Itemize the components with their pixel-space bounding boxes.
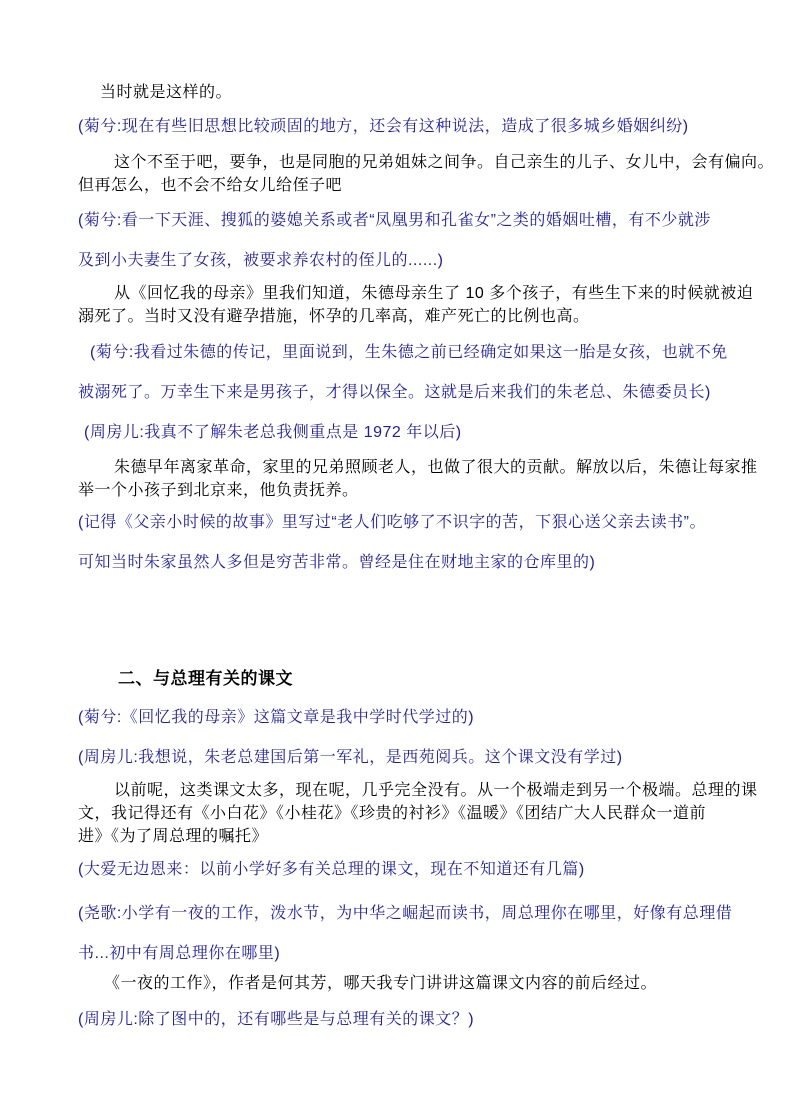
text-line: (菊兮:《回忆我的母亲》这篇文章是我中学时代学过的) bbox=[78, 698, 474, 738]
text-line: (周房儿:除了图中的，还有哪些是与总理有关的课文？) bbox=[78, 1000, 474, 1040]
text-line: 书...初中有周总理你在哪里) bbox=[78, 934, 732, 974]
document-page: 当时就是这样的。 (菊兮:现在有些旧思想比较顽固的地方，还会有这种说法，造成了很… bbox=[0, 0, 800, 1100]
comment-paragraph: (记得《父亲小时候的故事》里写过“老人们吃够了不识字的苦，下狠心送父亲去读书”。… bbox=[78, 503, 706, 583]
text-line: (菊兮:看一下天涯、搜狐的婆媳关系或者“凤凰男和孔雀女”之类的婚姻吐槽，有不少就… bbox=[78, 201, 711, 241]
text-line: 这个不至于吧，要争，也是同胞的兄弟姐妹之间争。自己亲生的儿子、女儿中，会有偏向。 bbox=[78, 151, 774, 174]
body-paragraph: 朱德早年离家革命，家里的兄弟照顾老人，也做了很大的贡献。解放以后，朱德让每家推 … bbox=[78, 456, 758, 502]
comment-paragraph: (大爱无边恩来：以前小学好多有关总理的课文，现在不知道还有几篇) bbox=[78, 850, 585, 890]
comment-paragraph: (菊兮:《回忆我的母亲》这篇文章是我中学时代学过的) bbox=[78, 698, 474, 738]
text-line: 被溺死了。万幸生下来是男孩子，才得以保全。这就是后来我们的朱老总、朱德委员长) bbox=[78, 373, 728, 413]
comment-paragraph: (周房儿:除了图中的，还有哪些是与总理有关的课文？) bbox=[78, 1000, 474, 1040]
text-line: 及到小夫妻生了女孩，被要求养农村的侄儿的......) bbox=[78, 241, 711, 281]
body-paragraph: 《一夜的工作》，作者是何其芳，哪天我专门讲讲这篇课文内容的前后经过。 bbox=[78, 972, 657, 995]
body-paragraph: 从《回忆我的母亲》里我们知道，朱德母亲生了 10 多个孩子，有些生下来的时候就被… bbox=[78, 282, 753, 328]
text-line: (周房儿:我真不了解朱老总我侧重点是 1972 年以后) bbox=[78, 413, 462, 453]
text-line: (菊兮:我看过朱德的传记，里面说到，生朱德之前已经确定如果这一胎是女孩，也就不免 bbox=[78, 333, 728, 373]
text-line: 但再怎么，也不会不给女儿给侄子吧 bbox=[78, 174, 774, 197]
body-paragraph: 以前呢，这类课文太多，现在呢，几乎完全没有。从一个极端走到另一个极端。总理的课 … bbox=[78, 779, 758, 848]
text-line: 举一个小孩子到北京来，他负责抚养。 bbox=[78, 479, 758, 502]
text-line: 以前呢，这类课文太多，现在呢，几乎完全没有。从一个极端走到另一个极端。总理的课 bbox=[78, 779, 758, 802]
section-heading: 二、与总理有关的课文 bbox=[78, 667, 293, 691]
text-line: 文，我记得还有《小白花》《小桂花》《珍贵的衬衫》《温暖》《团结广大人民群众一道前 bbox=[78, 802, 758, 825]
comment-paragraph: (周房儿:我想说，朱老总建国后第一军礼，是西苑阅兵。这个课文没有学过) bbox=[78, 738, 623, 778]
text-line: 当时就是这样的。 bbox=[78, 81, 232, 104]
comment-paragraph: (菊兮:我看过朱德的传记，里面说到，生朱德之前已经确定如果这一胎是女孩，也就不免… bbox=[78, 333, 728, 413]
comment-paragraph: (尧歌:小学有一夜的工作，泼水节，为中华之崛起而读书，周总理你在哪里，好像有总理… bbox=[78, 894, 732, 974]
comment-paragraph: (周房儿:我真不了解朱老总我侧重点是 1972 年以后) bbox=[78, 413, 462, 453]
text-line: 《一夜的工作》，作者是何其芳，哪天我专门讲讲这篇课文内容的前后经过。 bbox=[78, 972, 657, 995]
text-line: (周房儿:我想说，朱老总建国后第一军礼，是西苑阅兵。这个课文没有学过) bbox=[78, 738, 623, 778]
text-line: 进》《为了周总理的嘱托》 bbox=[78, 825, 758, 848]
text-line: (菊兮:现在有些旧思想比较顽固的地方，还会有这种说法，造成了很多城乡婚姻纠纷) bbox=[78, 107, 689, 147]
text-line: (尧歌:小学有一夜的工作，泼水节，为中华之崛起而读书，周总理你在哪里，好像有总理… bbox=[78, 894, 732, 934]
comment-paragraph: (菊兮:现在有些旧思想比较顽固的地方，还会有这种说法，造成了很多城乡婚姻纠纷) bbox=[78, 107, 689, 147]
text-line: 溺死了。当时又没有避孕措施，怀孕的几率高，难产死亡的比例也高。 bbox=[78, 305, 753, 328]
text-line: (大爱无边恩来：以前小学好多有关总理的课文，现在不知道还有几篇) bbox=[78, 850, 585, 890]
text-line: (记得《父亲小时候的故事》里写过“老人们吃够了不识字的苦，下狠心送父亲去读书”。 bbox=[78, 503, 706, 543]
text-line: 可知当时朱家虽然人多但是穷苦非常。曾经是住在财地主家的仓库里的) bbox=[78, 543, 706, 583]
text-line: 从《回忆我的母亲》里我们知道，朱德母亲生了 10 多个孩子，有些生下来的时候就被… bbox=[78, 282, 753, 305]
body-paragraph: 这个不至于吧，要争，也是同胞的兄弟姐妹之间争。自己亲生的儿子、女儿中，会有偏向。… bbox=[78, 151, 774, 197]
heading-text: 二、与总理有关的课文 bbox=[78, 667, 293, 691]
text-line: 朱德早年离家革命，家里的兄弟照顾老人，也做了很大的贡献。解放以后，朱德让每家推 bbox=[78, 456, 758, 479]
comment-paragraph: (菊兮:看一下天涯、搜狐的婆媳关系或者“凤凰男和孔雀女”之类的婚姻吐槽，有不少就… bbox=[78, 201, 711, 281]
body-paragraph: 当时就是这样的。 bbox=[78, 81, 232, 104]
